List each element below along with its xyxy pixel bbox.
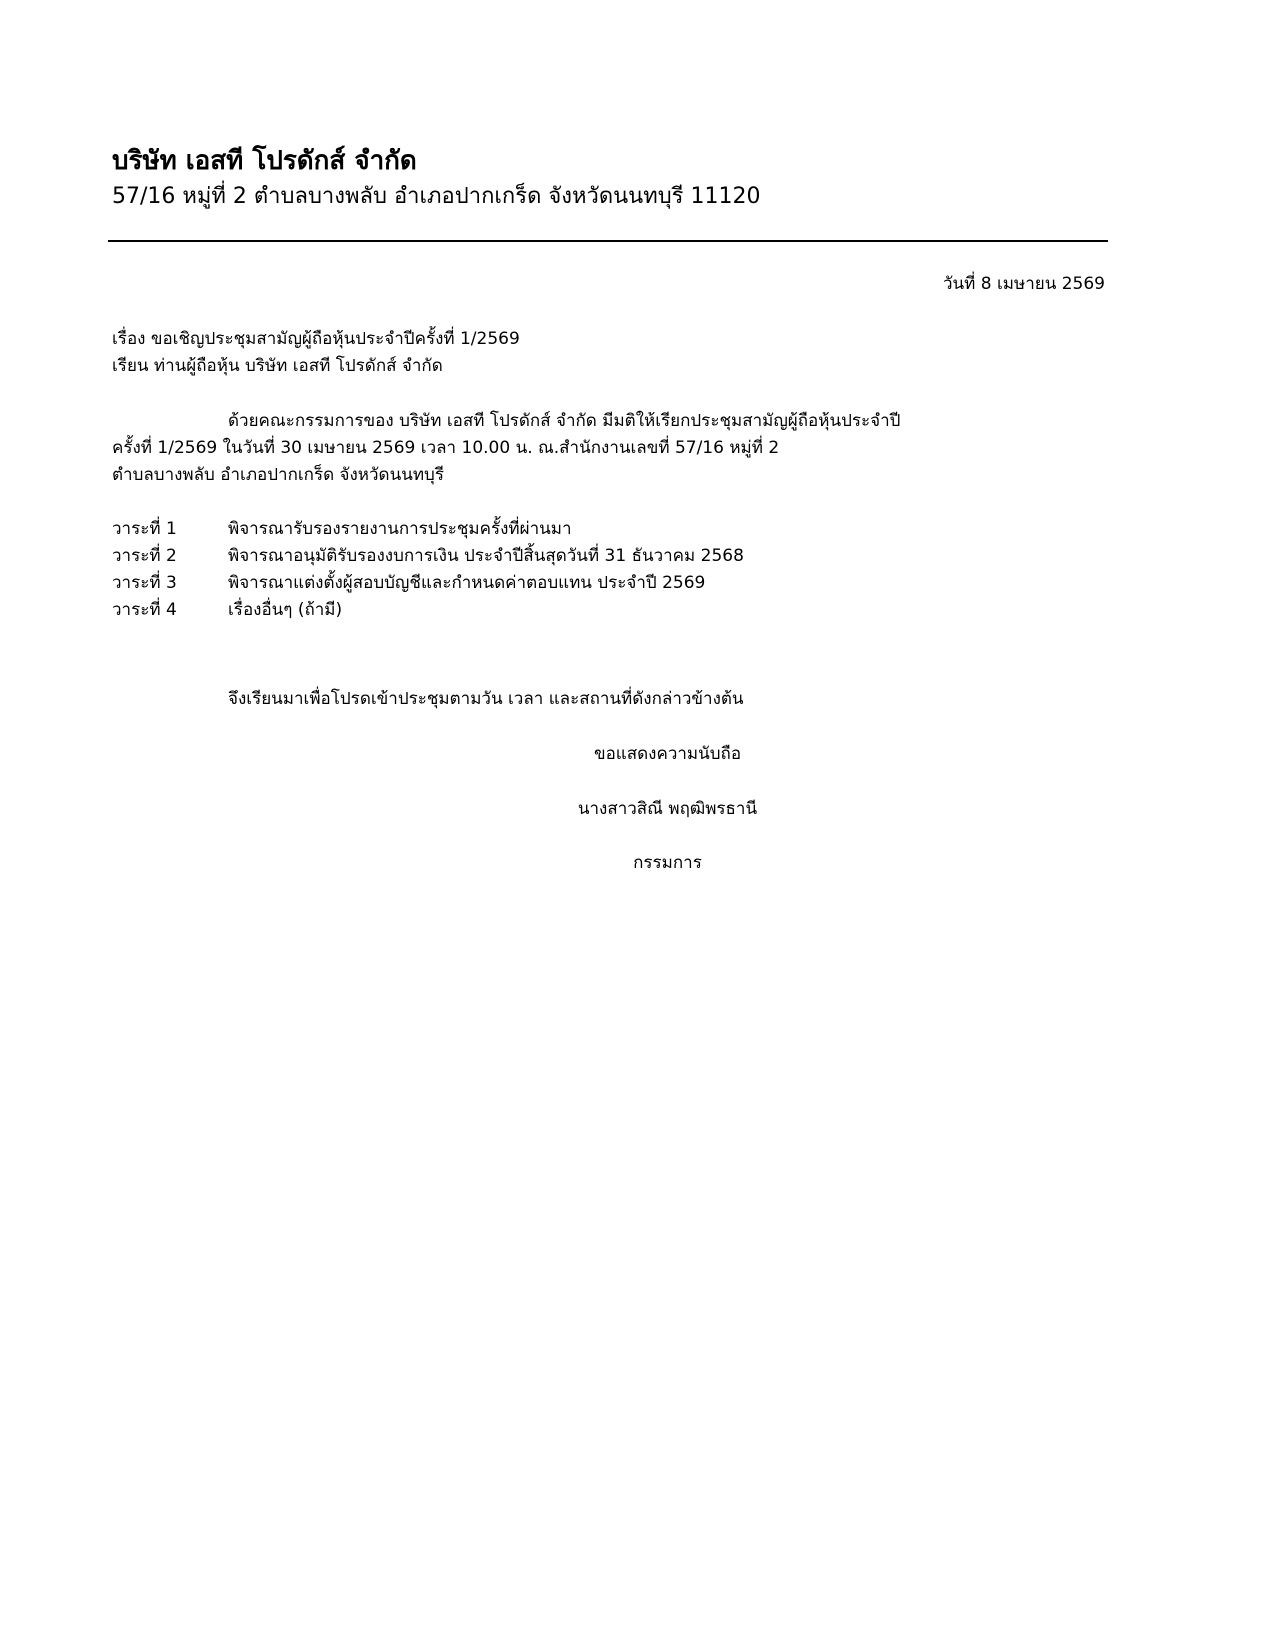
body-line-1: ด้วยคณะกรรมการของ บริษัท เอสที โปรดักส์ … xyxy=(228,407,900,434)
agenda-item: วาระที่ 4 เรื่องอื่นๆ (ถ้ามี) xyxy=(112,596,744,623)
agenda-label: วาระที่ 3 xyxy=(112,569,228,596)
letter-date: วันที่ 8 เมษายน 2569 xyxy=(943,270,1105,297)
agenda-label: วาระที่ 1 xyxy=(112,515,228,542)
agenda-item: วาระที่ 1 พิจารณารับรองรายงานการประชุมคร… xyxy=(112,515,744,542)
signature-regards: ขอแสดงความนับถือ xyxy=(0,740,1275,767)
signer-position: กรรมการ xyxy=(0,849,1275,876)
agenda-item: วาระที่ 2 พิจารณาอนุมัติรับรองงบการเงิน … xyxy=(112,542,744,569)
body-line-3: ตำบลบางพลับ อำเภอปากเกร็ด จังหวัดนนทบุรี xyxy=(112,461,444,488)
header-divider xyxy=(108,240,1108,242)
agenda-label: วาระที่ 4 xyxy=(112,596,228,623)
letter-recipient: เรียน ท่านผู้ถือหุ้น บริษัท เอสที โปรดัก… xyxy=(112,352,443,379)
company-address: 57/16 หมู่ที่ 2 ตำบลบางพลับ อำเภอปากเกร็… xyxy=(112,178,760,213)
company-name: บริษัท เอสที โปรดักส์ จำกัด xyxy=(112,140,417,181)
closing-statement: จึงเรียนมาเพื่อโปรดเข้าประชุมตามวัน เวลา… xyxy=(228,685,744,712)
agenda-item: วาระที่ 3 พิจารณาแต่งตั้งผู้สอบบัญชีและก… xyxy=(112,569,744,596)
agenda-list: วาระที่ 1 พิจารณารับรองรายงานการประชุมคร… xyxy=(112,515,744,623)
letter-subject: เรื่อง ขอเชิญประชุมสามัญผู้ถือหุ้นประจำป… xyxy=(112,325,520,352)
agenda-label: วาระที่ 2 xyxy=(112,542,228,569)
agenda-text: พิจารณาอนุมัติรับรองงบการเงิน ประจำปีสิ้… xyxy=(228,542,744,569)
agenda-text: เรื่องอื่นๆ (ถ้ามี) xyxy=(228,596,342,623)
agenda-text: พิจารณารับรองรายงานการประชุมครั้งที่ผ่าน… xyxy=(228,515,572,542)
agenda-text: พิจารณาแต่งตั้งผู้สอบบัญชีและกำหนดค่าตอบ… xyxy=(228,569,705,596)
body-line-2: ครั้งที่ 1/2569 ในวันที่ 30 เมษายน 2569 … xyxy=(112,434,779,461)
signer-name: นางสาวสิณี พฤฒิพรธานี xyxy=(0,795,1275,822)
